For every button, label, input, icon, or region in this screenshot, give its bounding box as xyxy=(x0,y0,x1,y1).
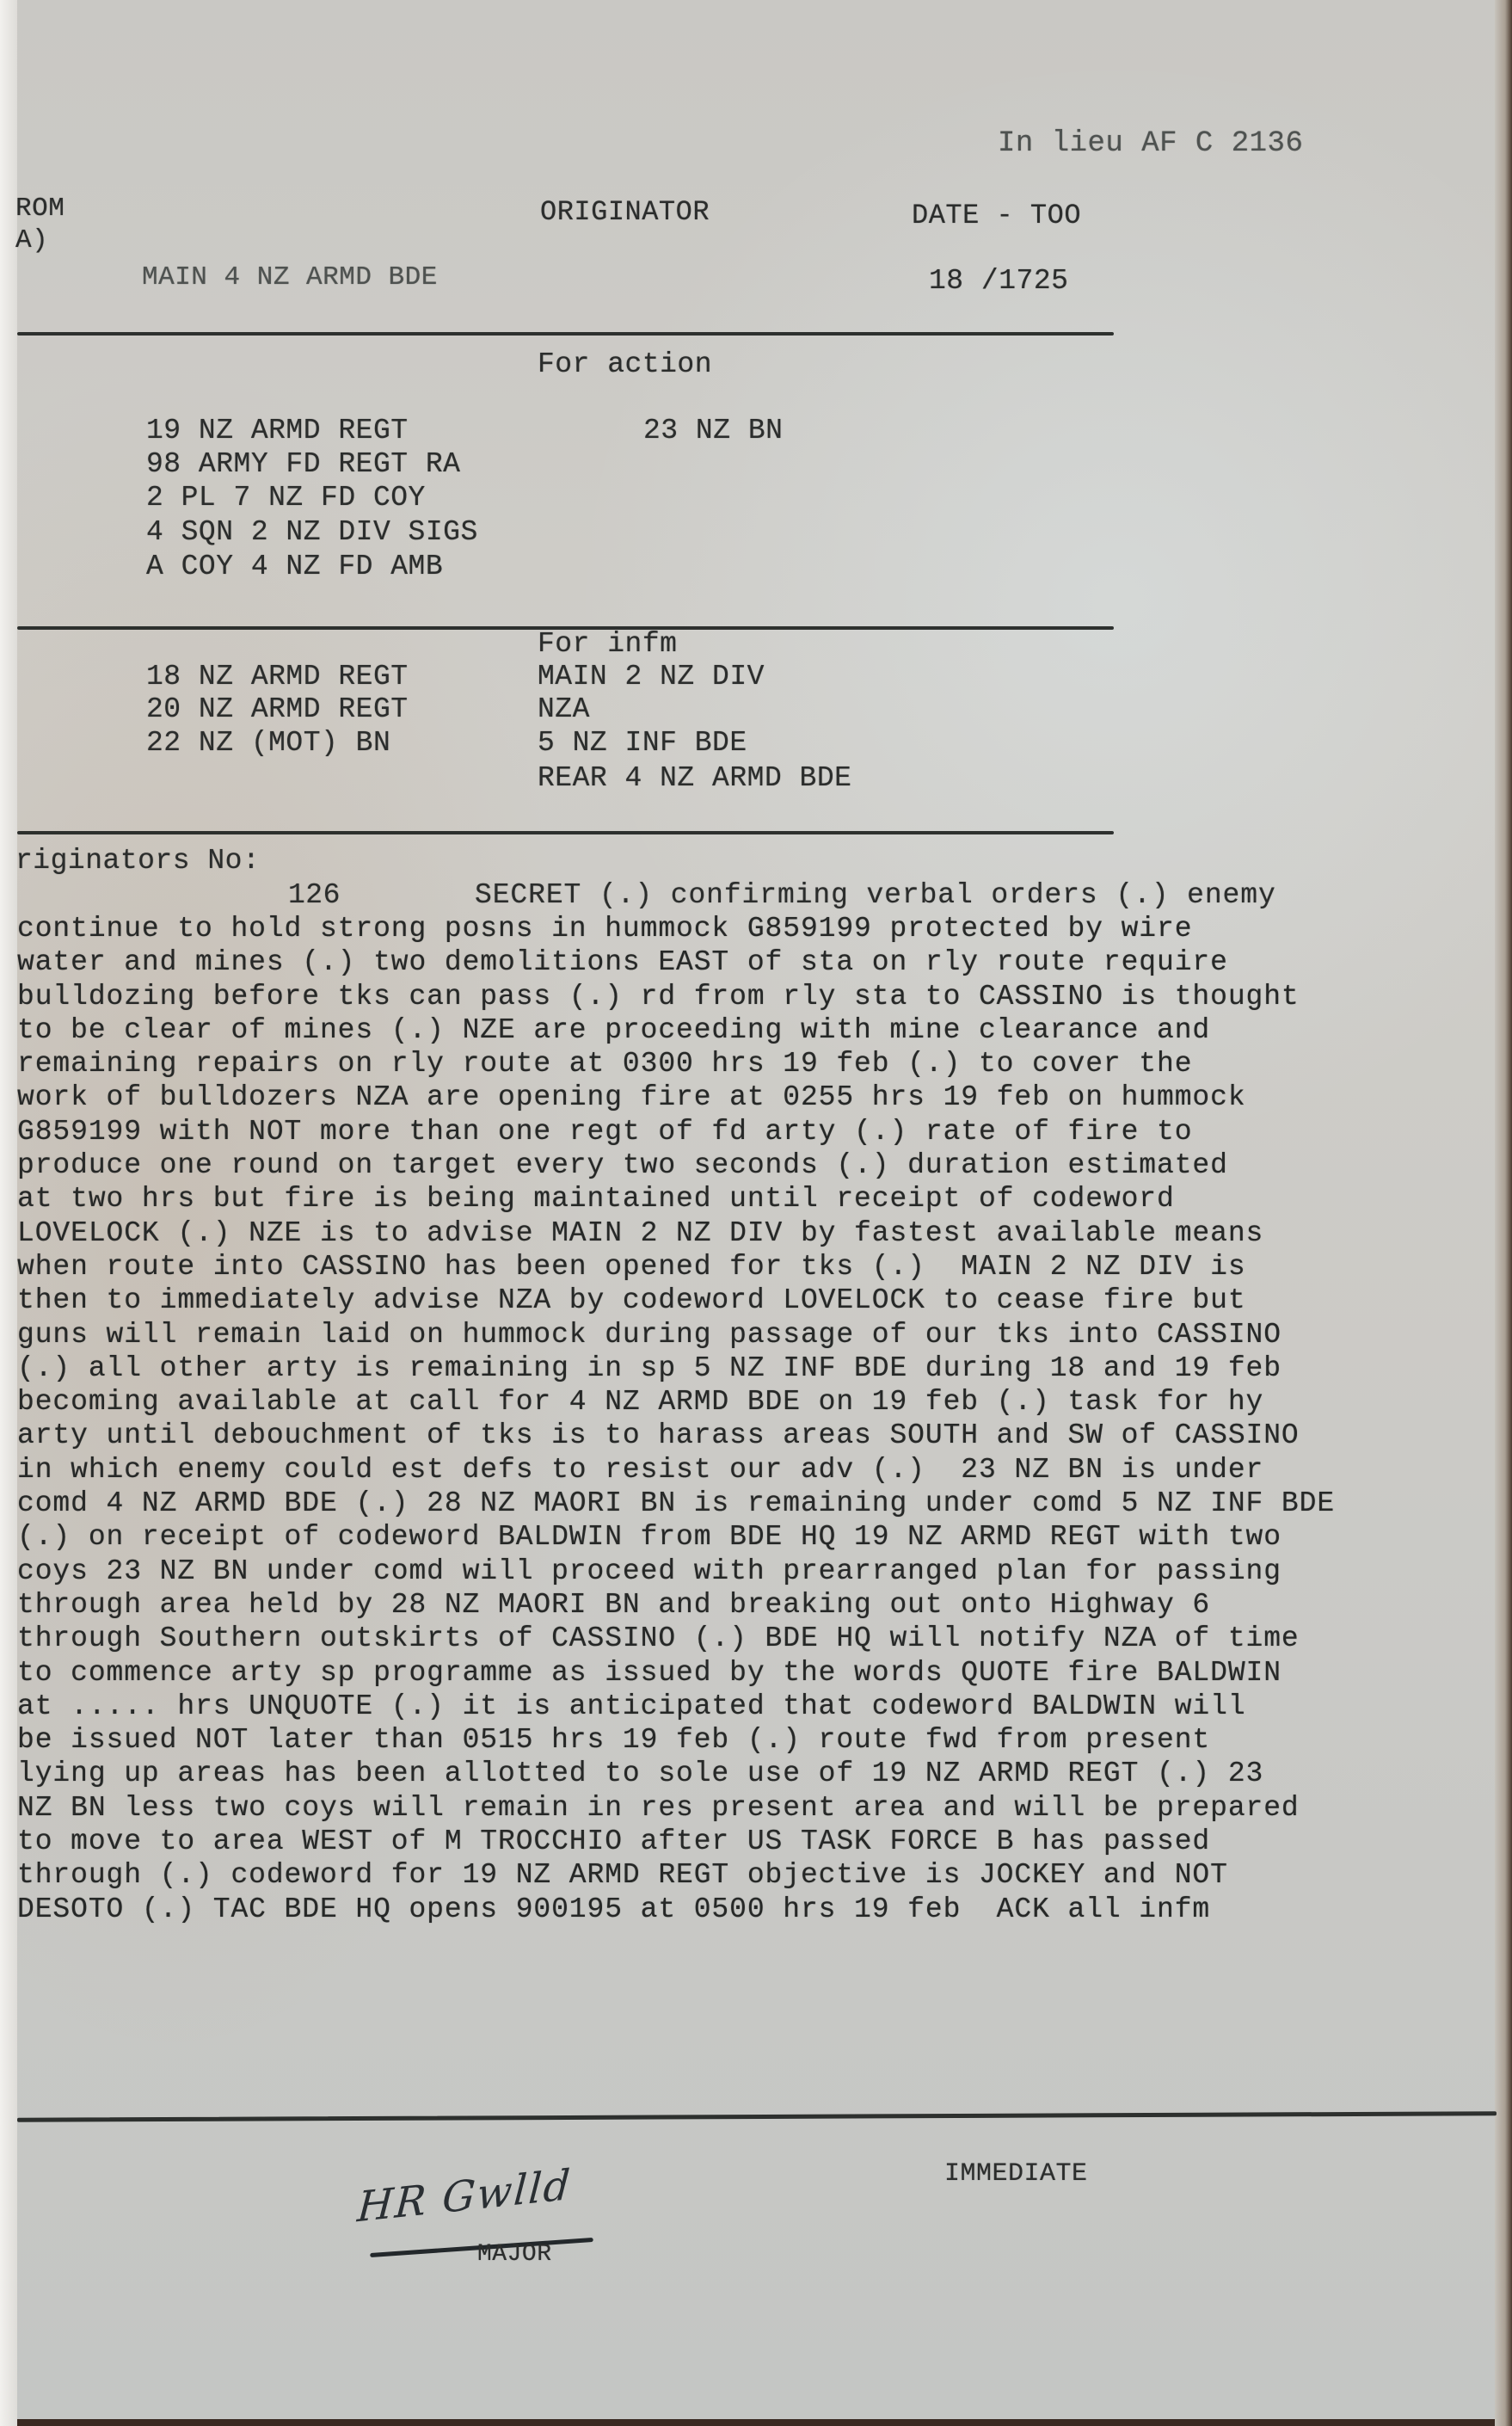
message-line: produce one round on target every two se… xyxy=(17,1148,1497,1182)
message-line: be issued NOT later than 0515 hrs 19 feb… xyxy=(17,1723,1497,1757)
message-line: work of bulldozers NZA are opening fire … xyxy=(17,1081,1497,1114)
message-line: through Southern outskirts of CASSINO (.… xyxy=(17,1622,1497,1655)
message-line: arty until debouchment of tks is to hara… xyxy=(17,1419,1497,1452)
message-line: at two hrs but fire is being maintained … xyxy=(17,1182,1497,1216)
message-line: guns will remain laid on hummock during … xyxy=(17,1318,1497,1352)
message-line: to commence arty sp programme as issued … xyxy=(17,1656,1497,1690)
action-recipient: 2 PL 7 NZ FD COY xyxy=(146,482,426,514)
form-reference: In lieu AF C 2136 xyxy=(998,127,1303,160)
message-line: then to immediately advise NZA by codewo… xyxy=(17,1284,1497,1317)
for-infm-heading: For infm xyxy=(538,628,677,660)
message-line: bulldozing before tks can pass (.) rd fr… xyxy=(17,980,1497,1013)
originator-value: MAIN 4 NZ ARMD BDE xyxy=(142,262,438,292)
divider-infm xyxy=(17,831,1114,834)
message-line: at ..... hrs UNQUOTE (.) it is anticipat… xyxy=(17,1690,1497,1723)
message-first-line: SECRET (.) confirming verbal orders (.) … xyxy=(475,879,1276,911)
infm-recipient: 20 NZ ARMD REGT xyxy=(146,693,409,725)
message-line: through area held by 28 NZ MAORI BN and … xyxy=(17,1588,1497,1622)
from-label: ROM xyxy=(15,194,65,224)
message-line: through (.) codeword for 19 NZ ARMD REGT… xyxy=(17,1858,1497,1892)
from-sub-label: A) xyxy=(15,225,48,256)
action-recipient: 19 NZ ARMD REGT xyxy=(146,415,409,446)
action-recipient: 23 NZ BN xyxy=(643,415,783,446)
message-line: when route into CASSINO has been opened … xyxy=(17,1250,1497,1284)
message-line: comd 4 NZ ARMD BDE (.) 28 NZ MAORI BN is… xyxy=(17,1487,1497,1520)
rank-label: MAJOR xyxy=(477,2241,552,2268)
date-time-label: DATE - TOO xyxy=(912,200,1081,231)
message-line: DESOTO (.) TAC BDE HQ opens 900195 at 05… xyxy=(17,1893,1497,1926)
infm-recipient: 18 NZ ARMD REGT xyxy=(146,661,409,693)
action-recipient: 4 SQN 2 NZ DIV SIGS xyxy=(146,516,478,548)
date-time-value: 18 /1725 xyxy=(929,265,1068,297)
message-line: in which enemy could est defs to resist … xyxy=(17,1453,1497,1487)
originators-number-label: riginators No: xyxy=(15,845,260,877)
message-line: G859199 with NOT more than one regt of f… xyxy=(17,1115,1497,1148)
message-line: remaining repairs on rly route at 0300 h… xyxy=(17,1047,1497,1081)
for-action-heading: For action xyxy=(538,348,712,380)
action-recipient: 98 ARMY FD REGT RA xyxy=(146,448,460,480)
divider-header xyxy=(17,332,1114,336)
message-line: lying up areas has been allotted to sole… xyxy=(17,1757,1497,1790)
message-line: continue to hold strong posns in hummock… xyxy=(17,912,1497,945)
message-line: to be clear of mines (.) NZE are proceed… xyxy=(17,1013,1497,1047)
infm-recipient: NZA xyxy=(538,693,590,725)
precedence-label: IMMEDIATE xyxy=(944,2159,1088,2189)
infm-recipient: 5 NZ INF BDE xyxy=(538,727,747,759)
page-left-edge xyxy=(0,0,17,2426)
message-line: (.) on receipt of codeword BALDWIN from … xyxy=(17,1520,1497,1554)
message-line: NZ BN less two coys will remain in res p… xyxy=(17,1791,1497,1825)
message-body: continue to hold strong posns in hummock… xyxy=(17,912,1497,1926)
message-line: becoming available at call for 4 NZ ARMD… xyxy=(17,1385,1497,1419)
originator-label: ORIGINATOR xyxy=(540,196,710,228)
action-recipient: A COY 4 NZ FD AMB xyxy=(146,551,443,582)
infm-recipient: MAIN 2 NZ DIV xyxy=(538,661,765,693)
message-line: water and mines (.) two demolitions EAST… xyxy=(17,945,1497,979)
infm-recipient: 22 NZ (MOT) BN xyxy=(146,727,390,759)
originators-number: 126 xyxy=(288,879,341,911)
page-right-edge xyxy=(1495,0,1512,2426)
infm-recipient: REAR 4 NZ ARMD BDE xyxy=(538,762,851,794)
message-line: coys 23 NZ BN under comd will proceed wi… xyxy=(17,1555,1497,1588)
message-line: LOVELOCK (.) NZE is to advise MAIN 2 NZ … xyxy=(17,1216,1497,1250)
message-line: (.) all other arty is remaining in sp 5 … xyxy=(17,1352,1497,1385)
message-line: to move to area WEST of M TROCCHIO after… xyxy=(17,1825,1497,1858)
